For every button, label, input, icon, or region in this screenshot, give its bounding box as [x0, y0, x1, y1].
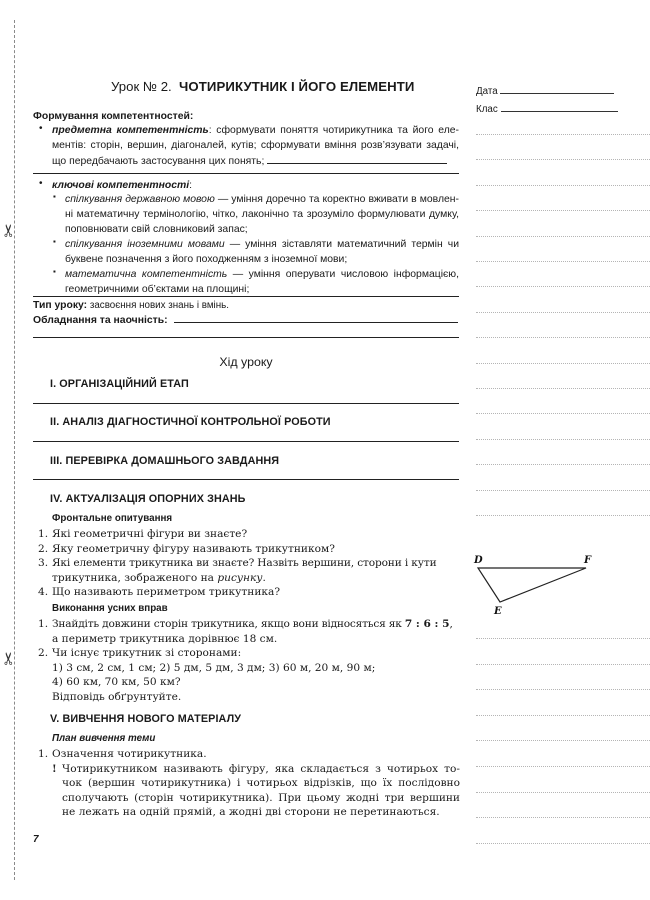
text-line: геометричними об’єктами на площині;: [65, 282, 459, 297]
class-label: Клас: [476, 104, 498, 115]
notes-line[interactable]: [476, 337, 650, 338]
subject-competence: предметна компетентність: сформувати пон…: [52, 123, 459, 169]
bullet-icon: ▪: [53, 237, 56, 246]
plan-items: 1.Означення чотирикутника. ! Чотирикутни…: [38, 747, 460, 820]
plan-item: 1.Означення чотирикутника.: [38, 747, 460, 762]
text-line: : сформувати поняття чотирикутника та йо…: [209, 125, 459, 136]
notes-line[interactable]: [476, 185, 650, 186]
page-number: 7: [33, 834, 39, 845]
figure-reference: рисунку: [217, 572, 262, 584]
fill-in-line[interactable]: [33, 441, 459, 442]
notes-line[interactable]: [476, 817, 650, 818]
subject-competence-term: предметна компетентність: [52, 125, 209, 136]
definition: ! Чотирикутником називають фігуру, яка с…: [38, 762, 460, 820]
text-line: поповнювати свій словниковий запас;: [65, 222, 459, 237]
class-input[interactable]: [501, 102, 618, 112]
notes-line[interactable]: [476, 413, 650, 414]
section-heading: II. АНАЛІЗ ДІАГНОСТИЧНОЇ КОНТРОЛЬНОЇ РОБ…: [50, 416, 331, 428]
fill-in-line[interactable]: [33, 173, 459, 174]
course-heading: Хід уроку: [33, 355, 459, 369]
key-competences-term: ключові компетентності: [52, 180, 189, 191]
notes-line[interactable]: [476, 363, 650, 364]
date-label: Дата: [476, 86, 498, 97]
ratio: 7 : 6 : 5: [405, 618, 450, 630]
key-competence-item: спілкування іноземними мовами — уміння з…: [65, 237, 459, 267]
notes-line[interactable]: [476, 464, 650, 465]
definition-line: Чотирикутником називають фігуру, яка скл…: [62, 762, 460, 777]
cut-line: [14, 20, 15, 880]
notes-line[interactable]: [476, 261, 650, 262]
fill-in-blank[interactable]: [267, 153, 447, 164]
exercise-text: Знайдіть довжини сторін трикутника, якщо…: [52, 618, 405, 630]
definition-line: сполучають (сторін чотирикутника). При ц…: [62, 791, 460, 806]
key-competence-term: спілкування державною мовою: [65, 194, 215, 205]
exercise-number: 1.: [38, 617, 48, 632]
competencies-heading: Формування компетентностей:: [33, 109, 193, 124]
bullet-icon: •: [39, 178, 43, 189]
equipment-label: Обладнання та наочність:: [33, 315, 168, 326]
text-line: — уміння доречно та коректно вживати в м…: [215, 194, 459, 205]
text-line: — уміння зіставляти математичний термін …: [225, 239, 459, 250]
section-heading: V. ВИВЧЕННЯ НОВОГО МАТЕРІАЛУ: [50, 713, 241, 725]
triangle-shape: [478, 568, 586, 602]
exercise-number: 2.: [38, 646, 48, 661]
punctuation: ,: [450, 618, 453, 630]
equipment-blank[interactable]: [174, 312, 458, 323]
question-item: 1.Які геометричні фігури ви знаєте?: [38, 527, 460, 542]
text-line: буквене позначення з його походженням з …: [65, 252, 459, 267]
notes-line[interactable]: [476, 664, 650, 665]
bullet-icon: ▪: [53, 267, 56, 276]
scissors-icon: ✂: [1, 223, 18, 237]
text-line: ні математичну термінологію, чітко, лако…: [65, 207, 459, 222]
question-item: 2.Яку геометричну фігуру називають трику…: [38, 542, 460, 557]
plan-heading: План вивчення теми: [52, 733, 155, 744]
notes-line[interactable]: [476, 740, 650, 741]
key-competences-heading: ключові компетентності:: [52, 178, 192, 193]
plan-item-number: 1.: [38, 747, 48, 762]
section-heading: IV. АКТУАЛІЗАЦІЯ ОПОРНИХ ЗНАНЬ: [50, 493, 246, 505]
lesson-type-label: Тип уроку:: [33, 300, 87, 311]
text-line: ментів: сторін, вершин, діагоналей, куті…: [52, 138, 459, 153]
question-text: Які елементи трикутника ви знаєте? Назві…: [52, 557, 436, 569]
vertex-label-d: D: [473, 555, 483, 566]
bullet-icon: ▪: [53, 192, 56, 201]
colon: :: [189, 180, 192, 191]
notes-line[interactable]: [476, 312, 650, 313]
class-field: Клас: [476, 102, 618, 115]
notes-line[interactable]: [476, 766, 650, 767]
section-heading: I. ОРГАНІЗАЦІЙНИЙ ЕТАП: [50, 378, 189, 390]
frontal-heading: Фронтальне опитування: [52, 513, 172, 524]
frontal-questions: 1.Які геометричні фігури ви знаєте? 2.Як…: [38, 527, 460, 600]
exclamation-icon: !: [52, 762, 57, 777]
question-item: 3.Які елементи трикутника ви знаєте? Наз…: [38, 556, 460, 585]
equipment: Обладнання та наочність:: [33, 312, 458, 328]
vertex-label-e: E: [493, 606, 502, 617]
notes-line[interactable]: [476, 515, 650, 516]
notes-line[interactable]: [476, 689, 650, 690]
question-text: Яку геометричну фігуру називають трикутн…: [52, 543, 335, 555]
notes-line[interactable]: [476, 134, 650, 135]
key-competence-item: математична компетентність — уміння опер…: [65, 267, 459, 297]
key-competence-term: математична компетентність: [65, 269, 227, 280]
exercise-text: а периметр трикутника дорівнює 18 см.: [52, 633, 277, 645]
question-number: 4.: [38, 585, 48, 600]
question-number: 2.: [38, 542, 48, 557]
exercise-text: Відповідь обґрунтуйте.: [52, 691, 181, 703]
notes-line[interactable]: [476, 210, 650, 211]
exercise-item: 2.Чи існує трикутник зі сторонами: 1) 3 …: [38, 646, 460, 704]
bullet-icon: •: [39, 123, 43, 134]
notes-line[interactable]: [476, 388, 650, 389]
triangle-figure: D F E: [470, 550, 600, 620]
fill-in-line[interactable]: [33, 479, 459, 480]
question-number: 1.: [38, 527, 48, 542]
question-text: Які геометричні фігури ви знаєте?: [52, 528, 247, 540]
section-heading: III. ПЕРЕВІРКА ДОМАШНЬОГО ЗАВДАННЯ: [50, 455, 279, 467]
exercise-options: 4) 60 км, 70 км, 50 км?: [52, 676, 181, 688]
notes-line[interactable]: [476, 439, 650, 440]
punctuation: .: [262, 572, 265, 584]
lesson-type-value: засвоєння нових знань і вмінь.: [87, 300, 229, 311]
date-field: Дата: [476, 84, 614, 97]
notes-line[interactable]: [476, 792, 650, 793]
exercise-text: Чи існує трикутник зі сторонами:: [52, 647, 241, 659]
notes-line[interactable]: [476, 638, 650, 639]
text-line: що передбачають застосування цих понять;: [52, 156, 264, 167]
lesson-type: Тип уроку: засвоєння нових знань і вмінь…: [33, 298, 229, 313]
lesson-topic: ЧОТИРИКУТНИК І ЙОГО ЕЛЕМЕНТИ: [179, 79, 414, 94]
question-item: 4.Що називають периметром трикутника?: [38, 585, 460, 600]
notes-line[interactable]: [476, 490, 650, 491]
notes-line[interactable]: [476, 715, 650, 716]
text-line: — уміння оперувати числовою інформацією,: [227, 269, 459, 280]
notes-line[interactable]: [476, 236, 650, 237]
notes-line[interactable]: [476, 843, 650, 844]
question-text: трикутника, зображеного на: [52, 572, 217, 584]
exercise-options: 1) 3 см, 2 см, 1 см; 2) 5 дм, 5 дм, 3 дм…: [52, 662, 375, 674]
exercise-item: 1.Знайдіть довжини сторін трикутника, як…: [38, 617, 460, 646]
fill-in-line[interactable]: [33, 337, 459, 338]
definition-line: не лежать на одній прямій, а жодні дві с…: [62, 805, 460, 820]
scissors-icon: ✂: [1, 651, 18, 665]
vertex-label-f: F: [583, 555, 592, 566]
date-input[interactable]: [500, 84, 614, 94]
key-competence-item: спілкування державною мовою — уміння дор…: [65, 192, 459, 237]
plan-item-text: Означення чотирикутника.: [52, 748, 207, 760]
fill-in-line[interactable]: [33, 403, 459, 404]
question-number: 3.: [38, 556, 48, 571]
definition-line: чок (вершин чотирикутника) і чотирьох ві…: [62, 776, 460, 791]
key-competence-term: спілкування іноземними мовами: [65, 239, 225, 250]
question-text: Що називають периметром трикутника?: [52, 586, 280, 598]
notes-line[interactable]: [476, 286, 650, 287]
oral-exercises: 1.Знайдіть довжини сторін трикутника, як…: [38, 617, 460, 705]
lesson-title: Урок № 2. ЧОТИРИКУТНИК І ЙОГО ЕЛЕМЕНТИ: [111, 79, 415, 94]
lesson-number: Урок № 2.: [111, 79, 172, 94]
oral-heading: Виконання усних вправ: [52, 603, 168, 614]
notes-line[interactable]: [476, 159, 650, 160]
fill-in-line[interactable]: [33, 296, 459, 297]
